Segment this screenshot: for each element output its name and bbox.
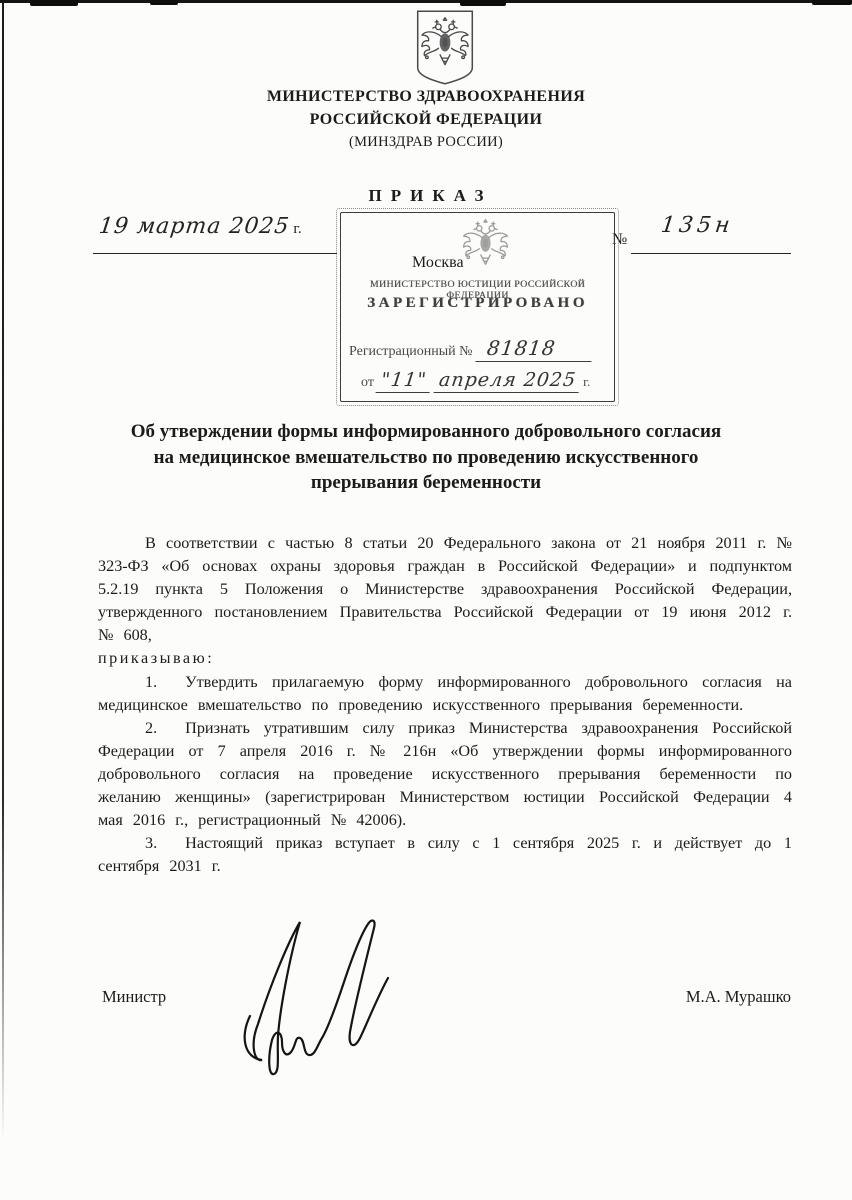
order-item-1: 1.Утвердить прилагаемую форму информиров… bbox=[98, 671, 792, 717]
stamp-date-suffix: г. bbox=[583, 374, 590, 389]
order-item-3: 3.Настоящий приказ вступает в силу с 1 с… bbox=[98, 832, 792, 878]
stamp-eagle-icon bbox=[460, 218, 510, 270]
item-number: 1. bbox=[145, 673, 157, 691]
stamp-reg-number-value: 81818 bbox=[475, 336, 594, 362]
signer-role: Министр bbox=[102, 987, 166, 1007]
issue-date-handwritten: 19 марта 2025 bbox=[97, 214, 290, 239]
issue-date-field: 19 марта 2025 г. bbox=[93, 214, 337, 254]
item-text: Признать утратившим силу приказ Министер… bbox=[98, 719, 792, 829]
scan-artifact bbox=[30, 0, 78, 6]
intro-paragraph: В соответствии с частью 8 статьи 20 Феде… bbox=[98, 532, 792, 647]
order-title-line3: прерывания беременности bbox=[0, 470, 852, 496]
order-number-handwritten: 135н bbox=[659, 213, 735, 238]
stamp-reg-number-row: Регистрационный №81818 bbox=[349, 336, 608, 362]
item-number: 2. bbox=[145, 719, 157, 737]
order-number-field: 135н bbox=[631, 213, 791, 254]
registration-stamp: МИНИСТЕРСТВО ЮСТИЦИИ РОССИЙСКОЙ ФЕДЕРАЦИ… bbox=[340, 212, 615, 402]
scan-top-edge bbox=[0, 0, 852, 3]
org-short-name: (МИНЗДРАВ РОССИИ) bbox=[0, 134, 852, 151]
signer-name: М.А. Мурашко bbox=[686, 987, 791, 1007]
order-title-line1: Об утверждении формы информированного до… bbox=[0, 419, 852, 445]
doc-type-heading: ПРИКАЗ bbox=[0, 186, 852, 206]
stamp-registered-word: ЗАРЕГИСТРИРОВАНО bbox=[341, 295, 614, 312]
stamp-date-prefix: от bbox=[361, 375, 374, 390]
org-name-line2: РОССИЙСКОЙ ФЕДЕРАЦИИ bbox=[0, 111, 852, 129]
stamp-date-day: "11" bbox=[376, 369, 433, 393]
stamp-date-month-year: апреля 2025 bbox=[433, 369, 581, 393]
city-label: Москва bbox=[412, 254, 464, 272]
item-text: Утвердить прилагаемую форму информирован… bbox=[98, 673, 792, 714]
order-title-line2: на медицинское вмешательство по проведен… bbox=[0, 445, 852, 471]
item-text: Настоящий приказ вступает в силу с 1 сен… bbox=[98, 834, 792, 875]
minister-signature-icon bbox=[236, 916, 481, 1078]
order-body: В соответствии с частью 8 статьи 20 Феде… bbox=[98, 532, 792, 878]
issue-date-suffix: г. bbox=[293, 221, 301, 237]
stamp-reg-date-row: от "11" апреля 2025 г. bbox=[361, 369, 608, 393]
item-number: 3. bbox=[145, 834, 157, 852]
scan-artifact bbox=[150, 0, 178, 5]
scan-left-edge bbox=[2, 2, 4, 1142]
order-title: Об утверждении формы информированного до… bbox=[0, 419, 852, 496]
scanned-order-document: МИНИСТЕРСТВО ЗДРАВООХРАНЕНИЯ РОССИЙСКОЙ … bbox=[0, 0, 852, 1200]
order-item-2: 2.Признать утратившим силу приказ Минист… bbox=[98, 717, 792, 832]
scan-artifact bbox=[460, 0, 506, 6]
decree-word: приказываю: bbox=[98, 647, 792, 670]
scan-artifact bbox=[812, 0, 852, 5]
russia-coat-of-arms-icon bbox=[413, 9, 477, 87]
org-name-line1: МИНИСТЕРСТВО ЗДРАВООХРАНЕНИЯ bbox=[0, 88, 852, 106]
stamp-reg-number-label: Регистрационный № bbox=[349, 344, 473, 359]
